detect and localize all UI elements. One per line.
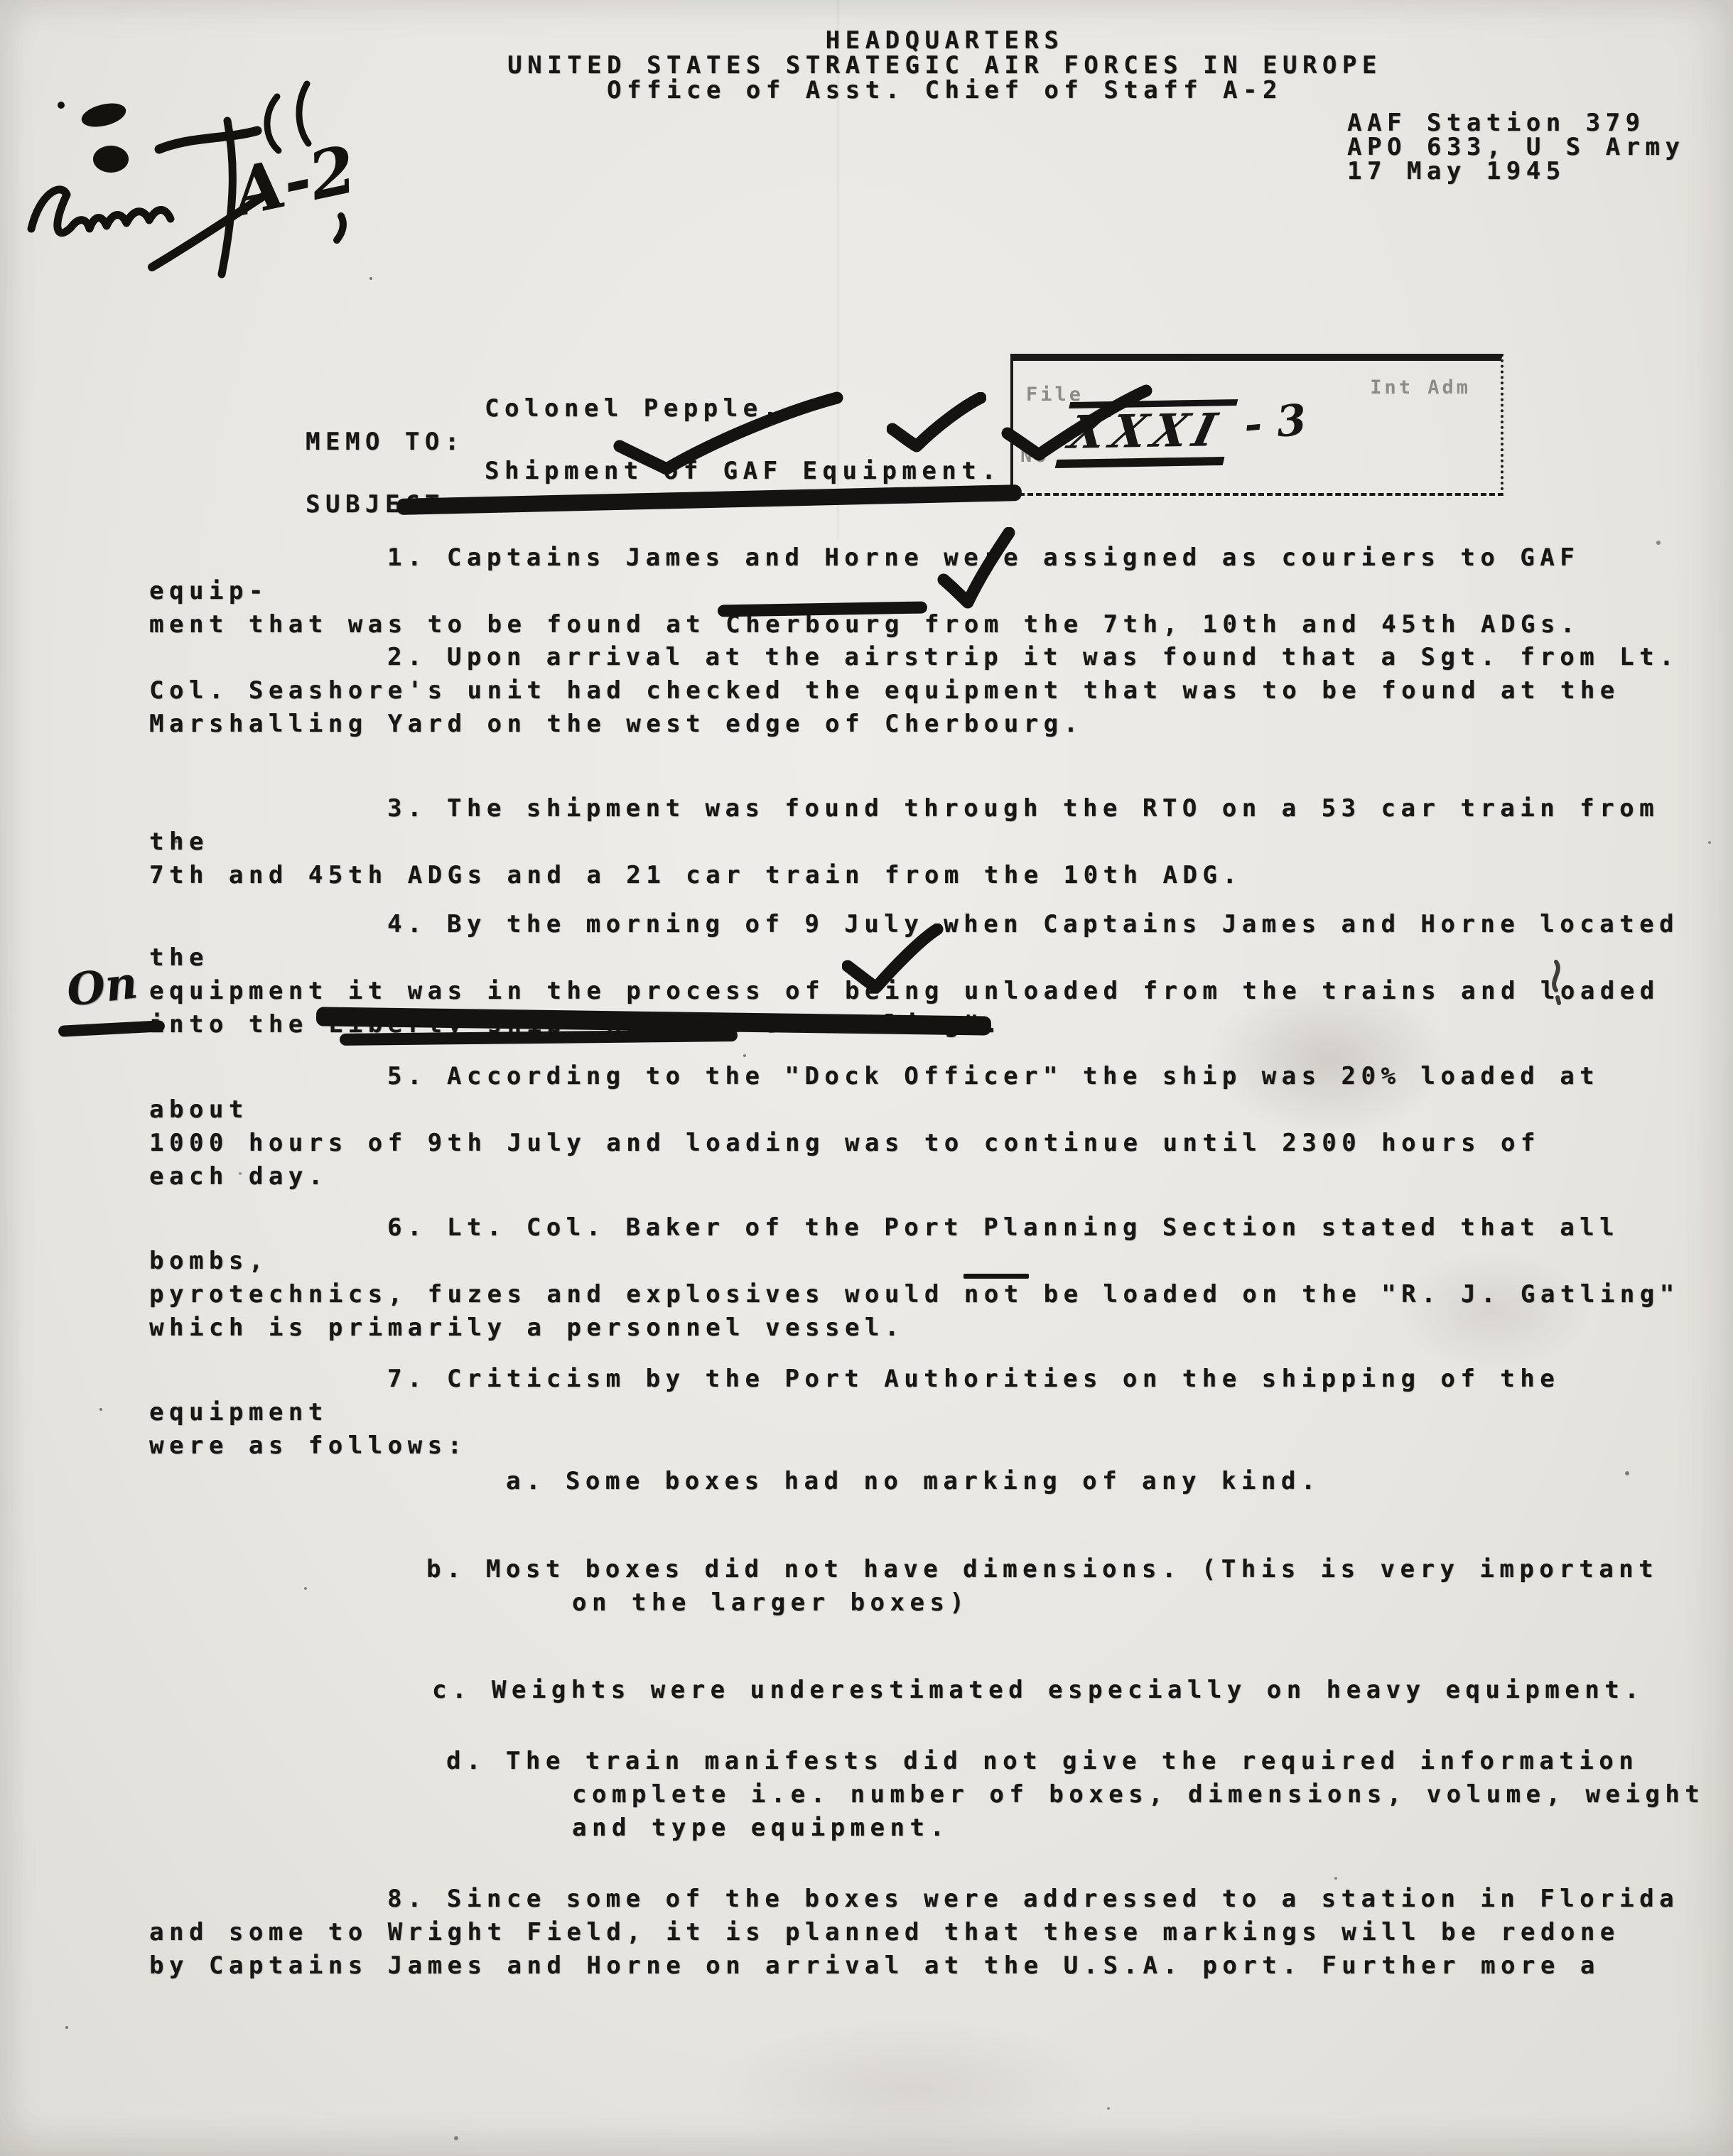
handwritten-on-note: On	[64, 956, 140, 1017]
paragraph-2: 2. Upon arrival at the airstrip it was f…	[149, 641, 1698, 741]
memo-to-label: MEMO TO:	[306, 428, 465, 456]
sub-item-b: b. Most boxes did not have dimensions. (…	[426, 1553, 1733, 1620]
letterhead: HEADQUARTERS UNITED STATES STRATEGIC AIR…	[78, 28, 1733, 103]
sub-item-c: c. Weights were underestimated especiall…	[432, 1674, 1711, 1707]
checkmark-annotation	[611, 389, 846, 478]
paragraph-6: 6. Lt. Col. Baker of the Port Planning S…	[149, 1211, 1698, 1345]
checkmark-annotation	[842, 923, 945, 995]
checkmark-annotation	[936, 527, 1016, 611]
sub-item-a: a. Some boxes had no marking of any kind…	[506, 1465, 1733, 1498]
subject-underline-mark	[396, 484, 1022, 515]
paragraph-3: 3. The shipment was found through the RT…	[149, 792, 1698, 892]
subject-row: SUBJECT: Shipment of GAF Equipment.	[306, 455, 465, 490]
ink-mark	[1540, 958, 1573, 1009]
station-date-block: AAF Station 379 APO 633, U S Army 17 May…	[1347, 111, 1685, 183]
stamp-section-label: Int Adm	[1370, 377, 1471, 399]
paragraph-7: 7. Criticism by the Port Authorities on …	[149, 1363, 1698, 1463]
paragraph-5: 5. According to the "Dock Officer" the s…	[149, 1060, 1698, 1193]
scan-specks	[0, 0, 3, 3]
scan-smudge	[711, 2017, 1108, 2156]
checkmark-annotation	[887, 392, 986, 456]
memo-to-row: MEMO TO: Colonel Pepple.	[306, 392, 465, 428]
paragraph-8: 8. Since some of the boxes were addresse…	[149, 1883, 1698, 1983]
paragraph-1: 1. Captains James and Horne were assigne…	[149, 541, 1698, 641]
not-underline-mark	[963, 1274, 1029, 1279]
memo-document-page: A-2 HEADQUARTERS UNITED STATES STRATEGIC…	[0, 0, 1733, 2156]
file-number-rest: - 3	[1242, 395, 1308, 450]
checkmark-annotation	[1000, 384, 1153, 463]
sub-item-d: d. The train manifests did not give the …	[446, 1745, 1733, 1845]
